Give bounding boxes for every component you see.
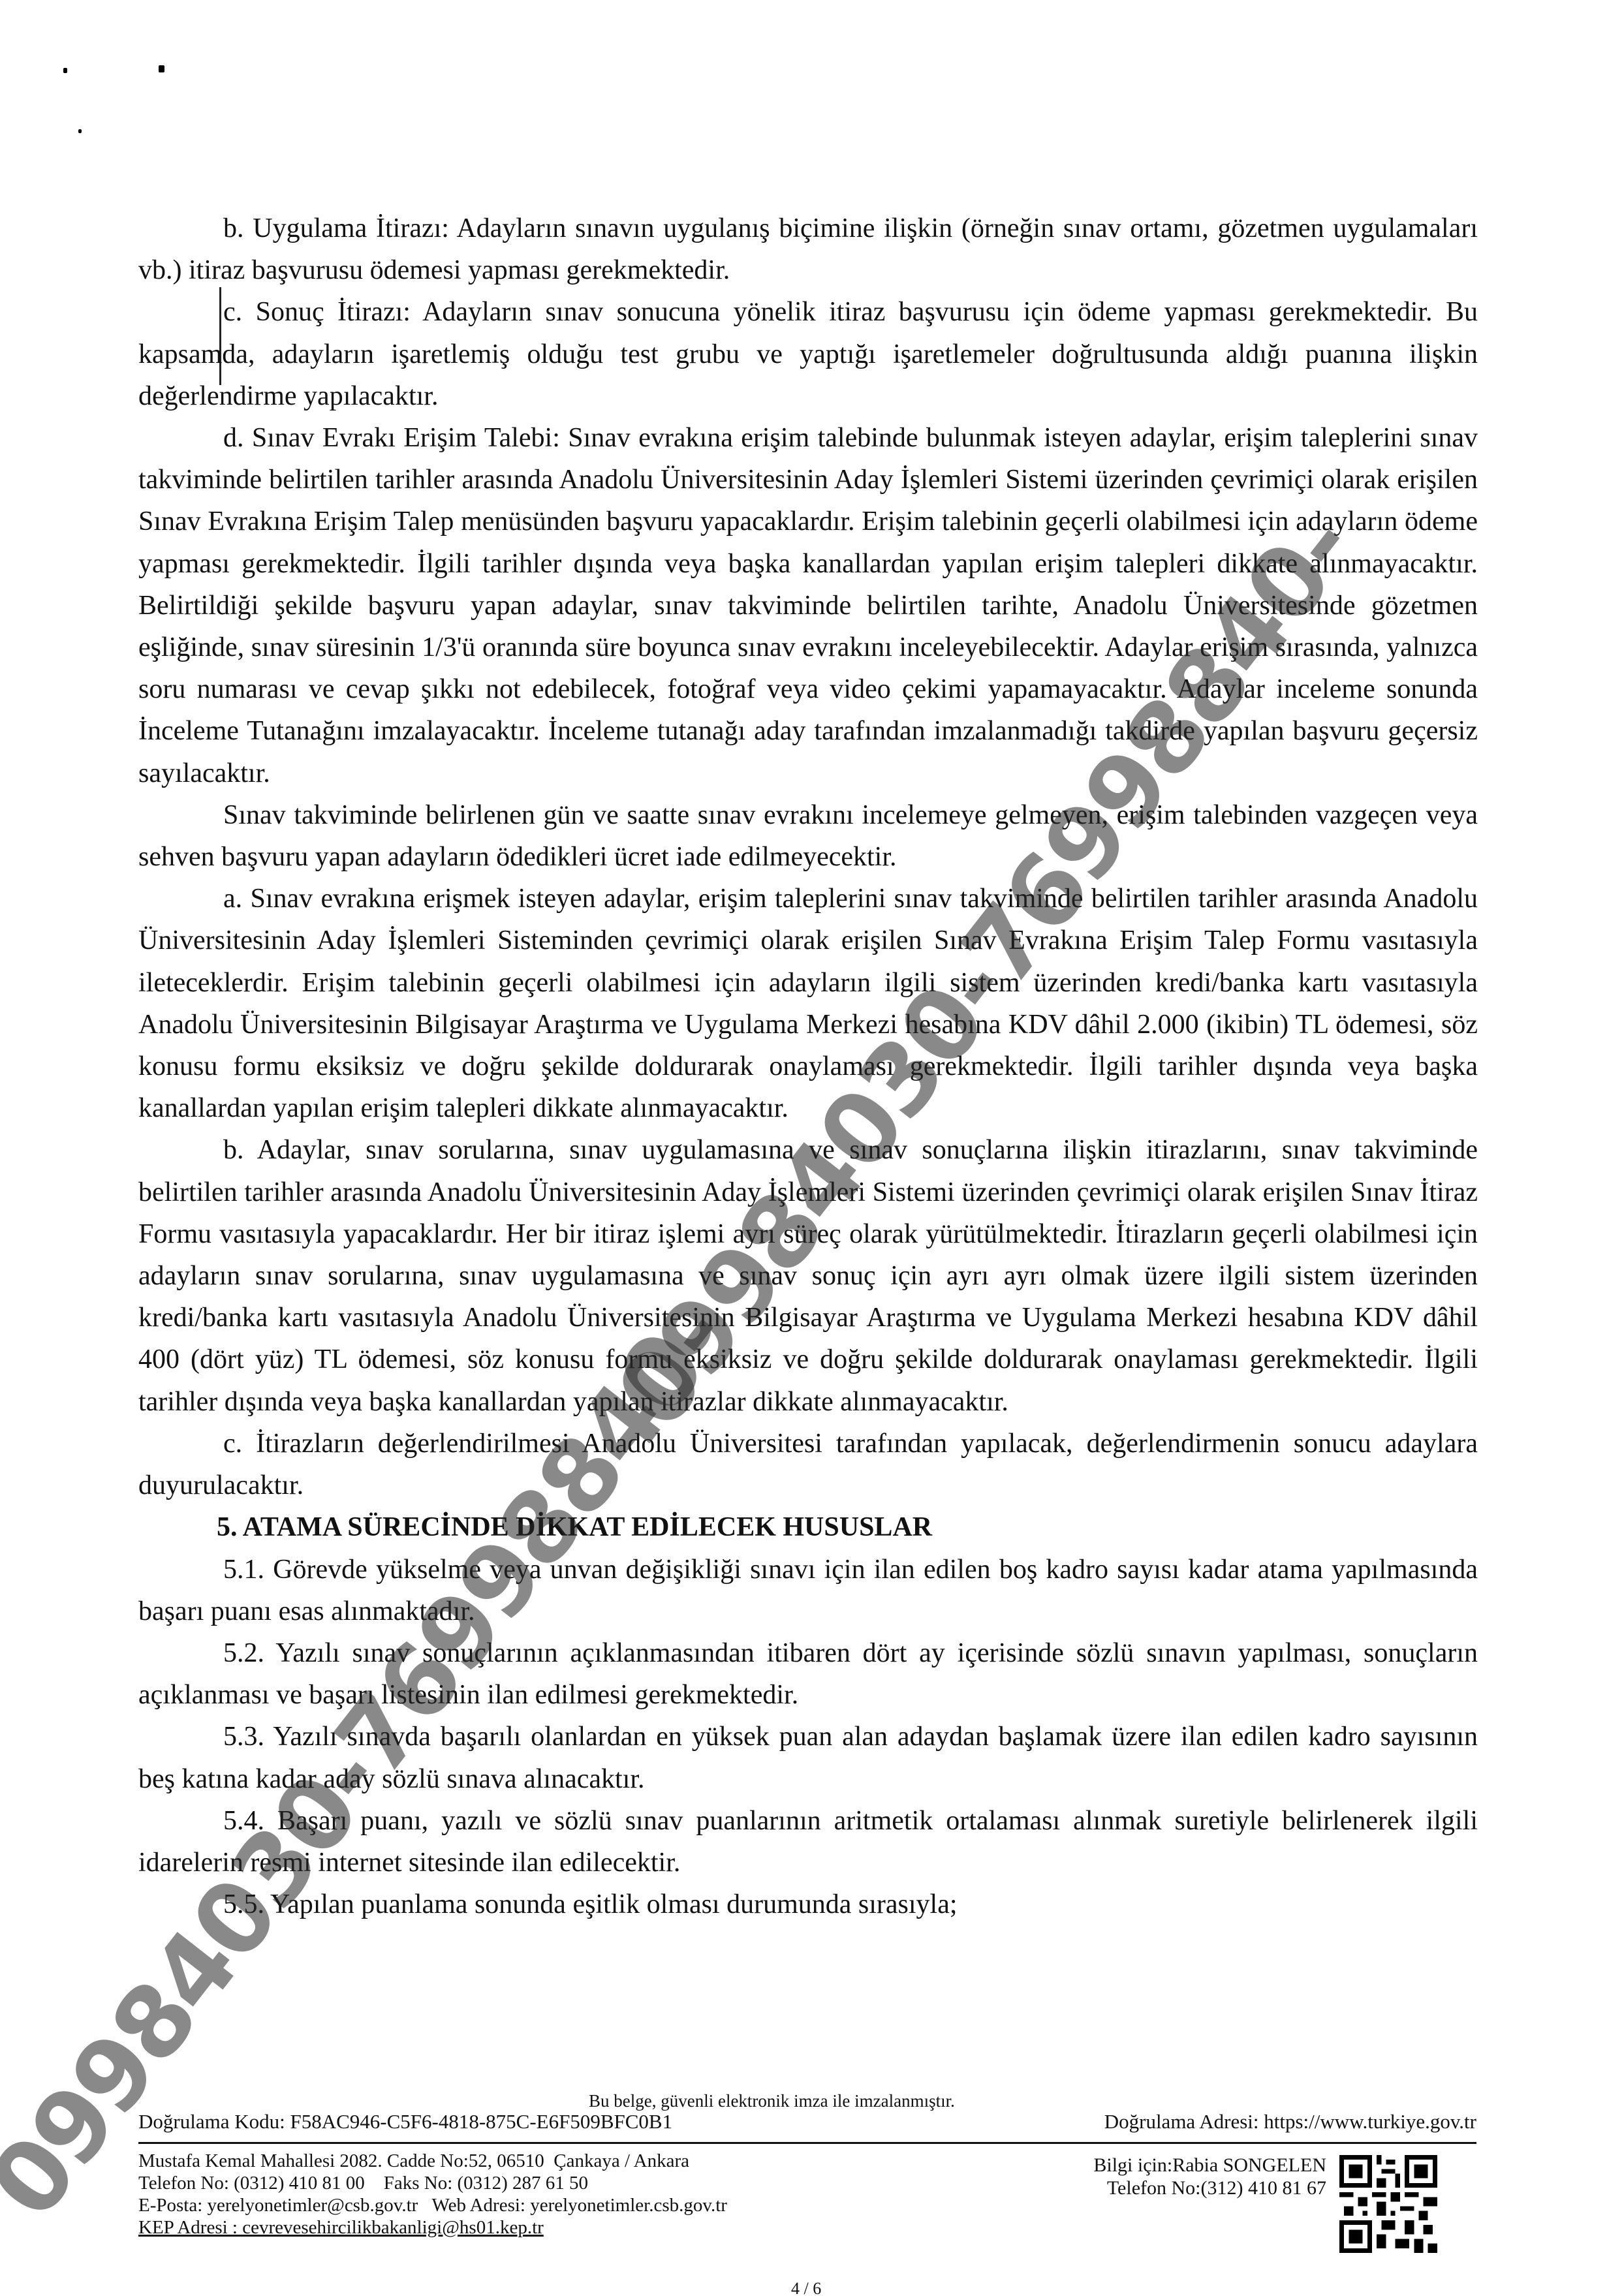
section-item-5-2: 5.2. Yazılı sınav sonuçlarının açıklanma…: [138, 1632, 1478, 1716]
paragraph-sonuc-itirazi: c. Sonuç İtirazı: Adayların sınav sonucu…: [138, 291, 1478, 417]
scan-speck: [159, 65, 164, 72]
e-signature-note: Bu belge, güvenli elektronik imza ile im…: [589, 2090, 955, 2112]
section-item-5-4: 5.4. Başarı puanı, yazılı ve sözlü sınav…: [138, 1800, 1478, 1884]
paragraph-uygulama-itirazi: b. Uygulama İtirazı: Adayların sınavın u…: [138, 208, 1478, 291]
phone-fax: Telefon No: (0312) 410 81 00 Faks No: (0…: [138, 2172, 727, 2194]
paragraph-sinav-evraki-erisim: d. Sınav Evrakı Erişim Talebi: Sınav evr…: [138, 417, 1478, 794]
document-page: b. Uygulama İtirazı: Adayların sınavın u…: [0, 0, 1607, 2296]
scan-speck: [78, 129, 82, 133]
paragraph-erisim-talep-formu: a. Sınav evrakına erişmek isteyen adayla…: [138, 878, 1478, 1129]
info-contact-name: Bilgi için:Rabia SONGELEN: [1093, 2154, 1326, 2177]
scan-speck: [63, 68, 67, 73]
section-item-5-3: 5.3. Yazılı sınavda başarılı olanlardan …: [138, 1716, 1478, 1799]
section-item-5-5: 5.5. Yapılan puanlama sonunda eşitlik ol…: [138, 1884, 1478, 1925]
verification-address-link[interactable]: Doğrulama Adresi: https://www.turkiye.go…: [1104, 2111, 1476, 2133]
info-contact-phone: Telefon No:(312) 410 81 67: [1093, 2177, 1326, 2199]
paragraph-sinav-takvimi: Sınav takviminde belirlenen gün ve saatt…: [138, 794, 1478, 878]
kep-address[interactable]: KEP Adresi : cevrevesehircilikbakanligi@…: [138, 2216, 727, 2239]
paragraph-itiraz-formu: b. Adaylar, sınav sorularına, sınav uygu…: [138, 1129, 1478, 1422]
document-body: b. Uygulama İtirazı: Adayların sınavın u…: [138, 208, 1478, 1925]
page-number: 4 / 6: [791, 2278, 821, 2296]
qr-code-icon[interactable]: [1339, 2155, 1437, 2253]
verification-code: Doğrulama Kodu: F58AC946-C5F6-4818-875C-…: [138, 2111, 672, 2133]
contact-address-block: Mustafa Kemal Mahallesi 2082. Cadde No:5…: [138, 2150, 727, 2239]
email-web[interactable]: E-Posta: yerelyonetimler@csb.gov.tr Web …: [138, 2194, 727, 2216]
paragraph-itiraz-degerlendirme: c. İtirazların değerlendirilmesi Anadolu…: [138, 1423, 1478, 1506]
section-item-5-1: 5.1. Görevde yükselme veya unvan değişik…: [138, 1549, 1478, 1632]
footer-divider: [138, 2142, 1476, 2144]
info-contact-block: Bilgi için:Rabia SONGELEN Telefon No:(31…: [1093, 2154, 1326, 2199]
verification-row: Doğrulama Kodu: F58AC946-C5F6-4818-875C-…: [138, 2111, 1476, 2133]
postal-address: Mustafa Kemal Mahallesi 2082. Cadde No:5…: [138, 2150, 727, 2172]
section-heading: 5. ATAMA SÜRECİNDE DİKKAT EDİLECEK HUSUS…: [138, 1506, 1478, 1548]
